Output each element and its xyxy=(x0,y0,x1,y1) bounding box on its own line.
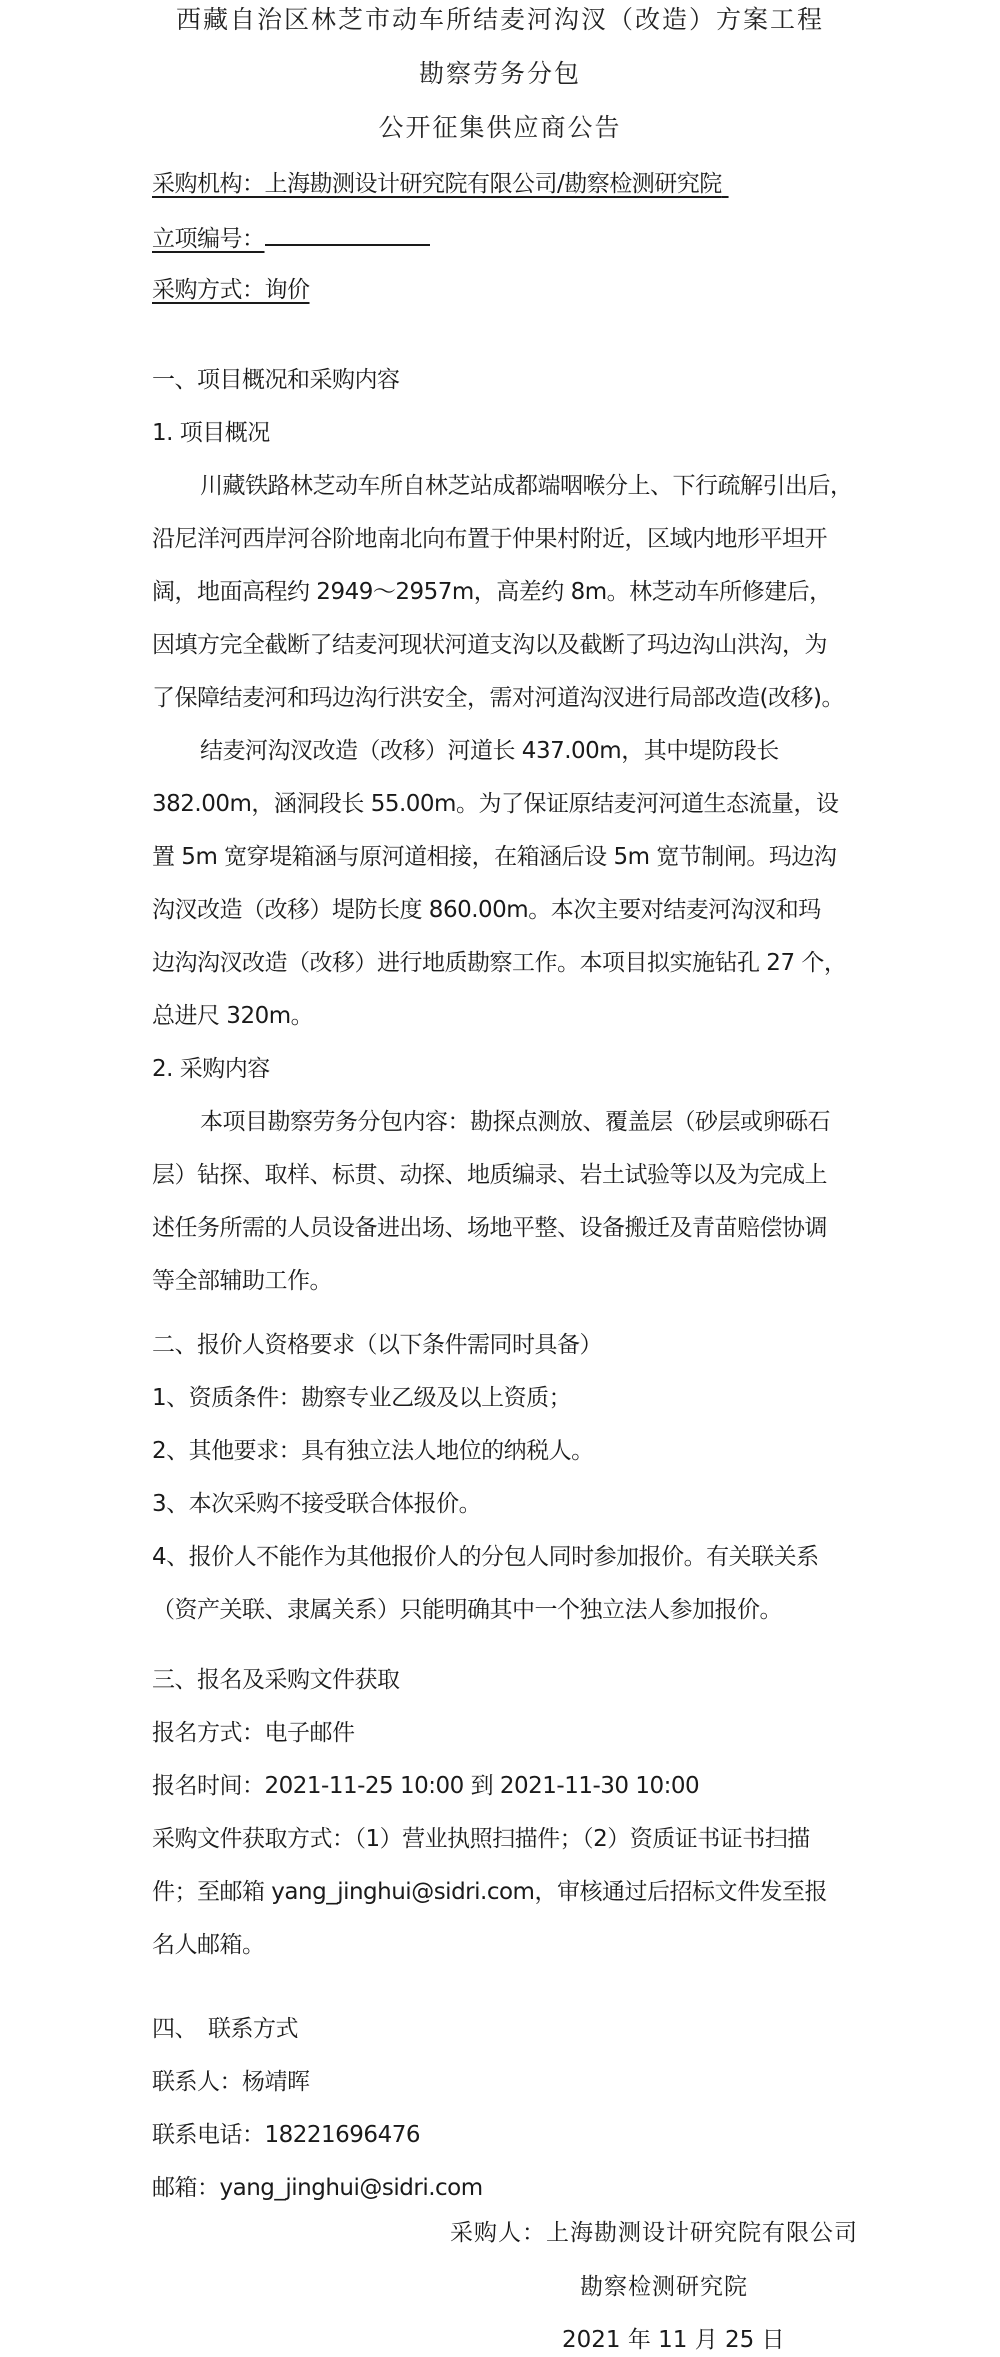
para2-line: 382.00m，涵洞段长 55.00m。为了保证原结麦河河道生态流量，设 xyxy=(152,789,838,819)
agency-label: 采购机构： xyxy=(152,171,265,197)
para2-line: 结麦河沟汊改造（改移）河道长 437.00m，其中堤防段长 xyxy=(152,736,779,766)
para1-line: 了保障结麦河和玛边沟行洪安全，需对河道沟汊进行局部改造(改移)。 xyxy=(152,683,844,713)
requirement-item: 3、本次采购不接受联合体报价。 xyxy=(152,1489,481,1519)
section1-sub2-heading: 2. 采购内容 xyxy=(152,1054,270,1084)
registration-method: 报名方式：电子邮件 xyxy=(152,1718,355,1748)
para3-line: 述任务所需的人员设备进出场、场地平整、设备搬迁及青苗赔偿协调 xyxy=(152,1213,827,1243)
doc-acquisition-line: 采购文件获取方式：（1）营业执照扫描件；（2）资质证书证书扫描 xyxy=(152,1824,810,1854)
para2-line: 置 5m 宽穿堤箱涵与原河道相接，在箱涵后设 5m 宽节制闸。玛边沟 xyxy=(152,842,836,872)
agency-field: 采购机构：上海勘测设计研究院有限公司/勘察检测研究院 xyxy=(152,169,729,199)
para1-line: 沿尼洋河西岸河谷阶地南北向布置于仲果村附近，区域内地形平坦开 xyxy=(152,524,827,554)
doc-title-line2: 勘察劳务分包 xyxy=(0,58,1000,90)
para2-line: 总进尺 320m。 xyxy=(152,1001,313,1031)
para3-line: 层）钻探、取样、标贯、动探、地质编录、岩土试验等以及为完成上 xyxy=(152,1160,827,1190)
contact-person: 联系人：杨靖晖 xyxy=(152,2067,310,2097)
purchaser-dept: 勘察检测研究院 xyxy=(580,2272,748,2302)
section4-heading: 四、 联系方式 xyxy=(152,2014,298,2044)
doc-acquisition-line: 名人邮箱。 xyxy=(152,1930,265,1960)
project-no-field: 立项编号： xyxy=(152,222,430,254)
doc-title-line3: 公开征集供应商公告 xyxy=(0,112,1000,144)
agency-value: 上海勘测设计研究院有限公司/勘察检测研究院 xyxy=(265,171,722,197)
requirement-item: 2、其他要求：具有独立法人地位的纳税人。 xyxy=(152,1436,594,1466)
project-no-blank xyxy=(265,222,430,246)
para3-line: 本项目勘察劳务分包内容：勘探点测放、覆盖层（砂层或卵砾石 xyxy=(152,1107,830,1137)
requirement-item: （资产关联、隶属关系）只能明确其中一个独立法人参加报价。 xyxy=(152,1595,782,1625)
section2-heading: 二、报价人资格要求（以下条件需同时具备） xyxy=(152,1330,602,1360)
para1-line: 因填方完全截断了结麦河现状河道支沟以及截断了玛边沟山洪沟，为 xyxy=(152,630,827,660)
section1-heading: 一、项目概况和采购内容 xyxy=(152,365,400,395)
contact-phone: 联系电话：18221696476 xyxy=(152,2120,420,2150)
para2-line: 边沟沟汊改造（改移）进行地质勘察工作。本项目拟实施钻孔 27 个， xyxy=(152,948,846,978)
requirement-item: 1、资质条件：勘察专业乙级及以上资质； xyxy=(152,1383,571,1413)
signature-date: 2021 年 11 月 25 日 xyxy=(562,2325,785,2355)
para1-line: 阔，地面高程约 2949～2957m，高差约 8m。林芝动车所修建后， xyxy=(152,577,832,607)
purchaser-signature: 采购人：上海勘测设计研究院有限公司 xyxy=(450,2218,858,2248)
section3-heading: 三、报名及采购文件获取 xyxy=(152,1665,400,1695)
para2-line: 沟汊改造（改移）堤防长度 860.00m。本次主要对结麦河沟汊和玛 xyxy=(152,895,821,925)
doc-title-line1: 西藏自治区林芝市动车所结麦河沟汊（改造）方案工程 xyxy=(0,4,1000,36)
requirement-item: 4、报价人不能作为其他报价人的分包人同时参加报价。有关联关系 xyxy=(152,1542,819,1572)
section1-sub1-heading: 1. 项目概况 xyxy=(152,418,270,448)
para3-line: 等全部辅助工作。 xyxy=(152,1266,332,1296)
registration-time: 报名时间：2021-11-25 10:00 到 2021-11-30 10:00 xyxy=(152,1771,699,1801)
project-no-label: 立项编号： xyxy=(152,226,265,252)
method-value: 询价 xyxy=(265,277,310,303)
contact-email: 邮箱：yang_jinghui@sidri.com xyxy=(152,2173,483,2203)
method-field: 采购方式：询价 xyxy=(152,275,310,305)
para1-line: 川藏铁路林芝动车所自林芝站成都端咽喉分上、下行疏解引出后， xyxy=(152,471,853,501)
method-label: 采购方式： xyxy=(152,277,265,303)
doc-acquisition-line: 件；至邮箱 yang_jinghui@sidri.com，审核通过后招标文件发至… xyxy=(152,1877,827,1907)
